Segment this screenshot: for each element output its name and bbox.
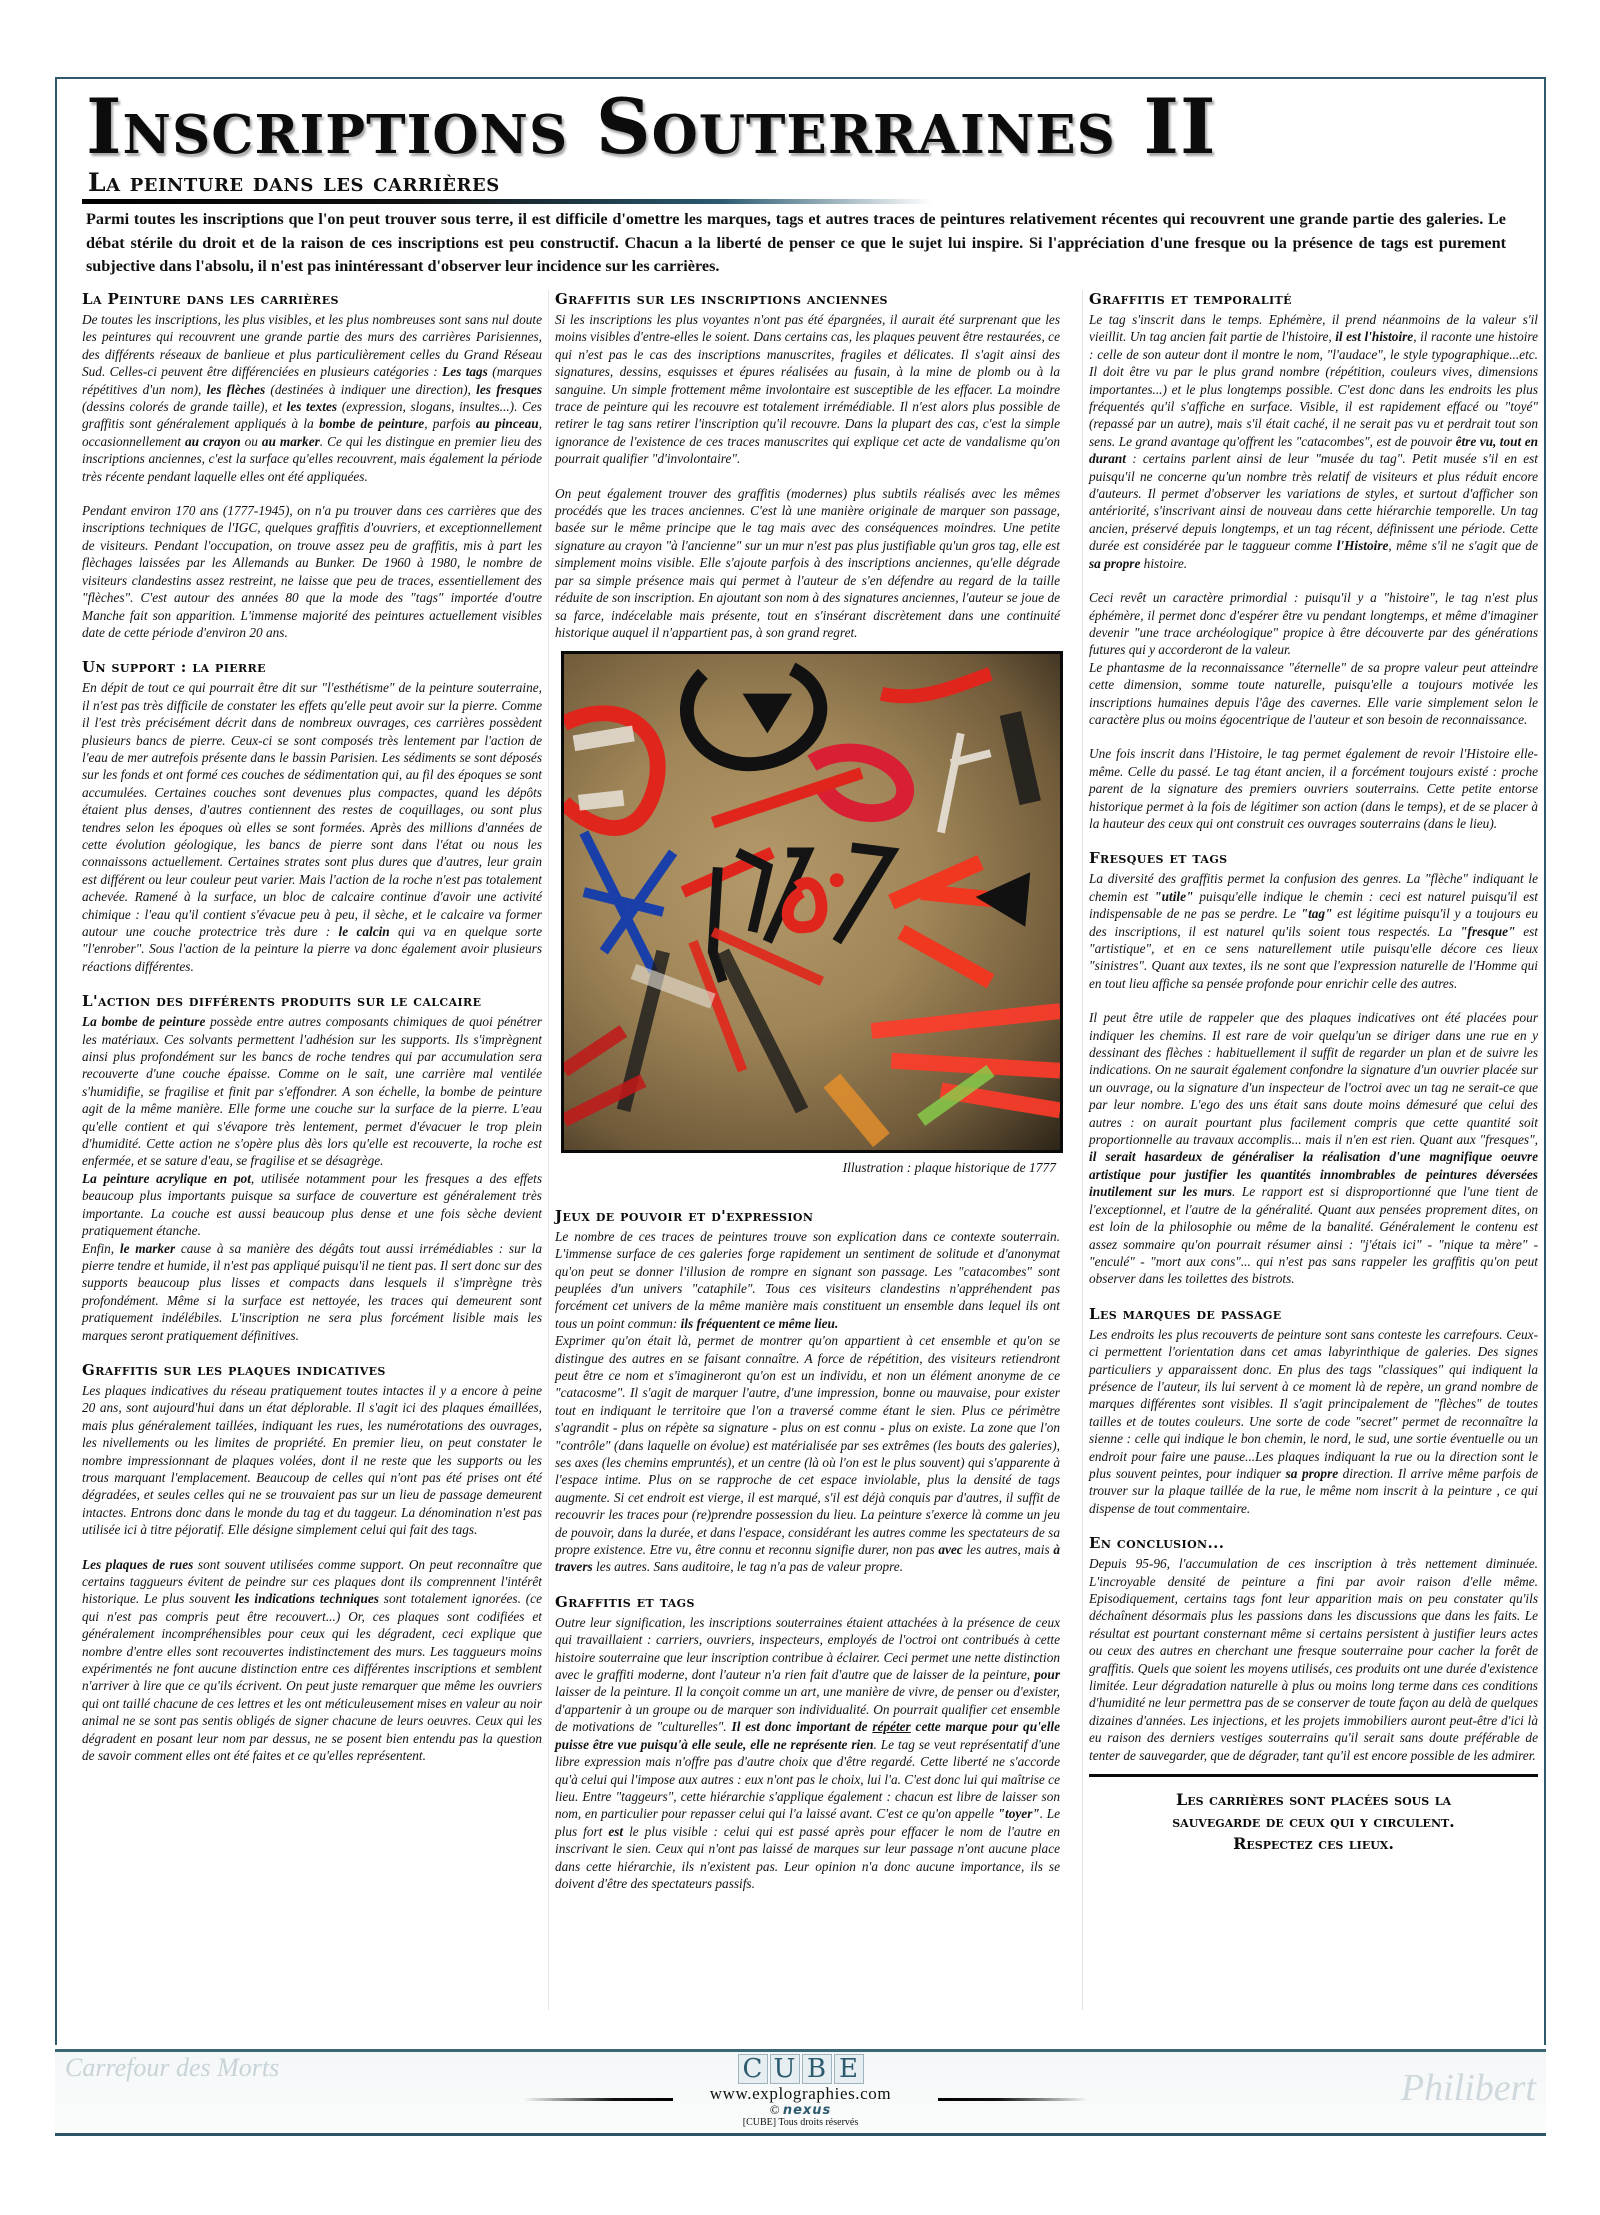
section-title: Un support : la pierre — [82, 658, 542, 676]
column-middle: Graffitis sur les inscriptions anciennes… — [548, 290, 1060, 2010]
page-title: Inscriptions Souterraines II — [86, 86, 1217, 168]
graffiti-illustration-icon — [564, 654, 1060, 1150]
paragraph: On peut également trouver des graffitis … — [555, 485, 1060, 642]
section-conclusion: En conclusion... Depuis 95-96, l'accumul… — [1089, 1534, 1538, 1764]
closing-divider — [1089, 1774, 1538, 1777]
paragraph: Exprimer qu'on était là, permet de montr… — [555, 1332, 1060, 1576]
paragraph: La peinture acrylique en pot, utilisée n… — [82, 1170, 542, 1240]
paragraph: Le nombre de ces traces de peintures tro… — [555, 1228, 1060, 1332]
paragraph: Ceci revêt un caractère primordial : pui… — [1089, 589, 1538, 659]
figure-caption: Illustration : plaque historique de 1777 — [555, 1159, 1060, 1176]
page-subtitle: La peinture dans les carrières — [88, 168, 500, 197]
graffiti-photo — [561, 651, 1063, 1153]
paragraph: La bombe de peinture possède entre autre… — [82, 1013, 542, 1170]
section-title: Les marques de passage — [1089, 1305, 1538, 1323]
section-title: L'action des différents produits sur le … — [82, 992, 542, 1010]
paragraph: La diversité des graffitis permet la con… — [1089, 870, 1538, 992]
section-plaques-indicatives: Graffitis sur les plaques indicatives Le… — [82, 1361, 542, 1765]
paragraph: Outre leur signification, les inscriptio… — [555, 1614, 1060, 1893]
section-inscriptions-anciennes: Graffitis sur les inscriptions anciennes… — [555, 290, 1060, 641]
section-marques-passage: Les marques de passage Les endroits les … — [1089, 1305, 1538, 1517]
section-title: Fresques et tags — [1089, 849, 1538, 867]
section-title: Jeux de pouvoir et d'expression — [555, 1207, 1060, 1225]
section-title: La Peinture dans les carrières — [82, 290, 542, 308]
paragraph: Les plaques de rues sont souvent utilisé… — [82, 1556, 542, 1765]
paragraph: Il peut être utile de rappeler que des p… — [1089, 1009, 1538, 1288]
section-temporalite: Graffitis et temporalité Le tag s'inscri… — [1089, 290, 1538, 832]
logo-letter: B — [802, 2054, 832, 2084]
paragraph: Une fois inscrit dans l'Histoire, le tag… — [1089, 745, 1538, 832]
paragraph: Les plaques indicatives du réseau pratiq… — [82, 1382, 542, 1539]
section-fresques-tags: Fresques et tags La diversité des graffi… — [1089, 849, 1538, 1287]
column-right: Graffitis et temporalité Le tag s'inscri… — [1082, 290, 1538, 2010]
paragraph: En dépit de tout ce qui pourrait être di… — [82, 679, 542, 975]
nexus-brand: nexus — [783, 2103, 831, 2118]
footer-center: C U B E www.explographies.com © nexus [C… — [55, 2054, 1546, 2129]
section-graffitis-tags: Graffitis et tags Outre leur significati… — [555, 1593, 1060, 1893]
paragraph: Le tag s'inscrit dans le temps. Ephémère… — [1089, 311, 1538, 572]
closing-message: Les carrières sont placées sous la sauve… — [1089, 1789, 1538, 1855]
intro-paragraph: Parmi toutes les inscriptions que l'on p… — [86, 208, 1506, 279]
paragraph: Depuis 95-96, l'accumulation de ces insc… — [1089, 1555, 1538, 1764]
paragraph: Si les inscriptions les plus voyantes n'… — [555, 311, 1060, 468]
logo-letter: C — [738, 2054, 768, 2084]
logo-letter: U — [770, 2054, 800, 2084]
section-title: Graffitis sur les plaques indicatives — [82, 1361, 542, 1379]
logo-letter: E — [834, 2054, 864, 2084]
section-action-produits: L'action des différents produits sur le … — [82, 992, 542, 1344]
rights-notice: [CUBE] Tous droits réservés — [55, 2117, 1546, 2129]
copyright-line: © nexus — [55, 2103, 1546, 2117]
section-title: Graffitis et temporalité — [1089, 290, 1538, 308]
cube-logo: C U B E — [738, 2054, 864, 2084]
section-jeux-pouvoir: Jeux de pouvoir et d'expression Le nombr… — [555, 1207, 1060, 1576]
paragraph: Le phantasme de la reconnaissance "étern… — [1089, 659, 1538, 729]
title-divider — [82, 199, 932, 204]
paragraph: Pendant environ 170 ans (1777-1945), on … — [82, 502, 542, 641]
paragraph: Les endroits les plus recouverts de pein… — [1089, 1326, 1538, 1517]
section-title: Graffitis sur les inscriptions anciennes — [555, 290, 1060, 308]
footer: Carrefour des Morts Philibert C U B E ww… — [55, 2049, 1546, 2136]
section-title: Graffitis et tags — [555, 1593, 1060, 1611]
paragraph: De toutes les inscriptions, les plus vis… — [82, 311, 542, 485]
section-peinture: La Peinture dans les carrières De toutes… — [82, 290, 542, 641]
column-left: La Peinture dans les carrières De toutes… — [82, 290, 542, 1781]
website-link[interactable]: www.explographies.com — [55, 2085, 1546, 2103]
paragraph: Enfin, le marker cause à sa manière des … — [82, 1240, 542, 1344]
section-support-pierre: Un support : la pierre En dépit de tout … — [82, 658, 542, 975]
section-title: En conclusion... — [1089, 1534, 1538, 1552]
